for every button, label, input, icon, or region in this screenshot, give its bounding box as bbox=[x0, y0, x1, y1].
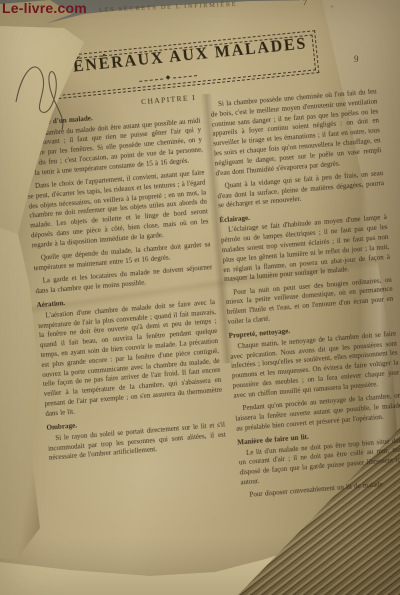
ornament-diamond-icon: ◆ bbox=[165, 75, 170, 81]
page-number-side: 9 bbox=[354, 54, 359, 64]
scanned-book-photo: LES SECRETS DE L'INFIRMIÈRE SOGÉNÉRAUX A… bbox=[0, 0, 400, 595]
le-livre-watermark: Le-livre.com bbox=[2, 0, 87, 16]
ornament-dash-left bbox=[139, 78, 163, 81]
ornament-dash-right bbox=[173, 75, 197, 78]
body-paragraph: Si la chambre possède une cheminée où l'… bbox=[210, 87, 383, 179]
page-number-top: 7 bbox=[303, 0, 307, 7]
pen-scribble-mark bbox=[10, 50, 72, 138]
text-column-right: Si la chambre possède une cheminée où l'… bbox=[210, 87, 400, 505]
body-paragraph: Dans le choix de l'appartement, il convi… bbox=[27, 168, 210, 251]
running-header: LES SECRETS DE L'INFIRMIÈRE bbox=[63, 0, 273, 15]
body-paragraph: L'éclairage se fait d'habitude au moyen … bbox=[220, 213, 391, 285]
body-paragraph: Chaque matin, le nettoyage de la chambre… bbox=[229, 329, 400, 401]
text-column-left: Chambre d'un malade.La chambre du malade… bbox=[21, 102, 231, 521]
body-paragraph: L'aération d'une chambre de malade doit … bbox=[37, 298, 223, 420]
corner-registration-mark: + bbox=[330, 3, 334, 11]
